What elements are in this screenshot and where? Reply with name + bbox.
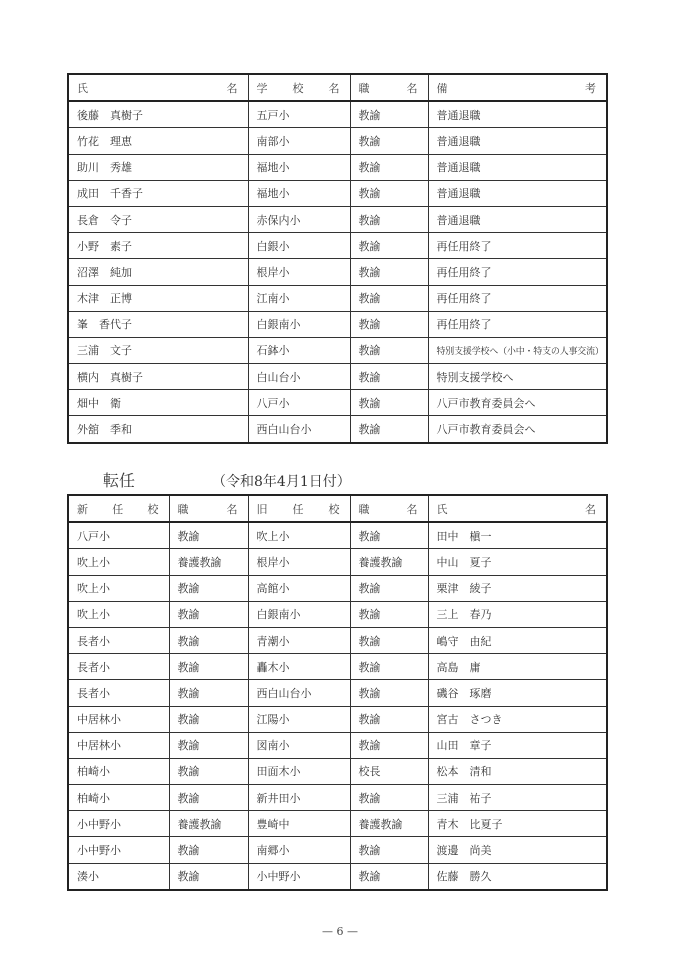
table-cell: 八戸小 (68, 522, 169, 549)
table-cell: 教諭 (350, 785, 428, 811)
table-cell: 教諭 (350, 311, 428, 337)
table-cell: 轟木小 (248, 654, 350, 680)
table-row: 長者小教諭轟木小教諭高島 庸 (68, 654, 607, 680)
column-header: 備考 (428, 74, 607, 101)
table-cell: 山田 章子 (428, 732, 607, 758)
table-row: 竹花 理恵南部小教諭普通退職 (68, 128, 607, 154)
column-header: 氏名 (68, 74, 248, 101)
table-cell: 竹花 理恵 (68, 128, 248, 154)
table-cell: 普通退職 (428, 180, 607, 206)
table-cell: 南部小 (248, 128, 350, 154)
table-row: 長者小教諭青潮小教諭嶋守 由紀 (68, 627, 607, 653)
table-cell: 中山 夏子 (428, 549, 607, 575)
table-cell: 教諭 (169, 654, 248, 680)
table-cell: 松本 清和 (428, 758, 607, 784)
table-cell: 再任用終了 (428, 233, 607, 259)
table-cell: 教諭 (169, 627, 248, 653)
table-header-row: 氏名学校名職名備考 (68, 74, 607, 101)
table-cell: 高館小 (248, 575, 350, 601)
table-cell: 三浦 祐子 (428, 785, 607, 811)
retirement-table: 氏名学校名職名備考 後藤 真樹子五戸小教諭普通退職竹花 理恵南部小教諭普通退職助… (67, 73, 608, 444)
table-cell: 教諭 (350, 706, 428, 732)
table-cell: 三上 春乃 (428, 601, 607, 627)
column-header-char: 名 (407, 80, 418, 96)
table-cell: 教諭 (350, 601, 428, 627)
column-header-char: 学 (257, 80, 268, 96)
column-header-char: 職 (178, 501, 189, 517)
section-date: （令和8年4月1日付） (212, 471, 351, 491)
table-cell: 根岸小 (248, 549, 350, 575)
table-cell: 後藤 真樹子 (68, 101, 248, 128)
table-cell: 畑中 衛 (68, 390, 248, 416)
table-cell: 沼澤 純加 (68, 259, 248, 285)
table-cell: 小中野小 (248, 863, 350, 890)
table-cell: 教諭 (350, 680, 428, 706)
table-cell: 中居林小 (68, 732, 169, 758)
table-cell: 教諭 (350, 654, 428, 680)
column-header-char: 名 (585, 501, 596, 517)
table-cell: 宮古 さつき (428, 706, 607, 732)
table-cell: 吹上小 (68, 575, 169, 601)
table-row: 吹上小教諭白銀南小教諭三上 春乃 (68, 601, 607, 627)
column-header-char: 名 (407, 501, 418, 517)
table-cell: 再任用終了 (428, 311, 607, 337)
table-cell: 小中野小 (68, 811, 169, 837)
table-cell: 養護教諭 (350, 811, 428, 837)
table-cell: 横内 真樹子 (68, 364, 248, 390)
table-row: 八戸小教諭吹上小教諭田中 槇一 (68, 522, 607, 549)
table-cell: 教諭 (169, 863, 248, 890)
column-header: 職名 (350, 74, 428, 101)
table-cell: 図南小 (248, 732, 350, 758)
table-cell: 西白山台小 (248, 416, 350, 443)
table-cell: 豊崎中 (248, 811, 350, 837)
table-cell: 渡邊 尚美 (428, 837, 607, 863)
table-cell: 教諭 (169, 706, 248, 732)
table-cell: 教諭 (169, 522, 248, 549)
table-cell: 江陽小 (248, 706, 350, 732)
column-header-char: 名 (227, 80, 238, 96)
table-cell: 教諭 (169, 575, 248, 601)
table-cell: 吹上小 (68, 549, 169, 575)
table-cell: 峯 香代子 (68, 311, 248, 337)
table-cell: 教諭 (169, 732, 248, 758)
table-cell: 教諭 (169, 785, 248, 811)
table-cell: 西白山台小 (248, 680, 350, 706)
table-cell: 田中 槇一 (428, 522, 607, 549)
column-header: 職名 (350, 495, 428, 522)
table-cell: 教諭 (350, 732, 428, 758)
table-cell: 柏崎小 (68, 758, 169, 784)
table-cell: 嶋守 由紀 (428, 627, 607, 653)
column-header-char: 校 (148, 501, 159, 517)
table-cell: 田面木小 (248, 758, 350, 784)
table-cell: 教諭 (350, 522, 428, 549)
table-cell: 磯谷 琢磨 (428, 680, 607, 706)
table-header-row: 新任校職名旧任校職名氏名 (68, 495, 607, 522)
column-header-char: 備 (437, 80, 448, 96)
column-header-char: 職 (359, 80, 370, 96)
table-cell: 石鉢小 (248, 337, 350, 363)
section-title: 転任 (103, 468, 135, 491)
table-cell: 教諭 (350, 154, 428, 180)
table-row: 外舘 季和西白山台小教諭八戸市教育委員会へ (68, 416, 607, 443)
table-cell: 吹上小 (248, 522, 350, 549)
column-header-char: 氏 (77, 80, 88, 96)
table-cell: 助川 秀雄 (68, 154, 248, 180)
table-cell: 小中野小 (68, 837, 169, 863)
table-cell: 普通退職 (428, 206, 607, 232)
table-row: 小中野小教諭南郷小教諭渡邊 尚美 (68, 837, 607, 863)
table-cell: 教諭 (169, 680, 248, 706)
table-cell: 教諭 (350, 337, 428, 363)
table-cell: 教諭 (350, 206, 428, 232)
column-header-char: 旧 (257, 501, 268, 517)
table-row: 木津 正博江南小教諭再任用終了 (68, 285, 607, 311)
transfer-table-body: 八戸小教諭吹上小教諭田中 槇一吹上小養護教諭根岸小養護教諭中山 夏子吹上小教諭高… (68, 522, 607, 890)
table-cell: 成田 千香子 (68, 180, 248, 206)
table-cell: 養護教諭 (169, 811, 248, 837)
column-header-char: 任 (112, 501, 123, 517)
table-cell: 普通退職 (428, 101, 607, 128)
column-header-char: 新 (77, 501, 88, 517)
table-cell: 南郷小 (248, 837, 350, 863)
table-cell: 長者小 (68, 654, 169, 680)
table-cell: 教諭 (169, 837, 248, 863)
table-cell: 教諭 (350, 259, 428, 285)
table-cell: 根岸小 (248, 259, 350, 285)
table-row: 柏崎小教諭新井田小教諭三浦 祐子 (68, 785, 607, 811)
table-row: 小中野小養護教諭豊崎中養護教諭青木 比夏子 (68, 811, 607, 837)
table-row: 沼澤 純加根岸小教諭再任用終了 (68, 259, 607, 285)
table-cell: 福地小 (248, 180, 350, 206)
column-header: 学校名 (248, 74, 350, 101)
table-cell: 教諭 (350, 233, 428, 259)
table-cell: 高島 庸 (428, 654, 607, 680)
table-cell: 三浦 文子 (68, 337, 248, 363)
table-cell: 湊小 (68, 863, 169, 890)
column-header: 新任校 (68, 495, 169, 522)
table-cell: 長者小 (68, 627, 169, 653)
table-cell: 八戸小 (248, 390, 350, 416)
column-header: 旧任校 (248, 495, 350, 522)
table-cell: 外舘 季和 (68, 416, 248, 443)
column-header-char: 名 (329, 80, 340, 96)
table-row: 後藤 真樹子五戸小教諭普通退職 (68, 101, 607, 128)
column-header-char: 名 (227, 501, 238, 517)
table-row: 中居林小教諭江陽小教諭宮古 さつき (68, 706, 607, 732)
column-header-char: 校 (329, 501, 340, 517)
table-cell: 教諭 (169, 758, 248, 784)
table-row: 横内 真樹子白山台小教諭特別支援学校へ (68, 364, 607, 390)
table-cell: 長者小 (68, 680, 169, 706)
table-cell: 教諭 (350, 863, 428, 890)
column-header-char: 氏 (437, 501, 448, 517)
page-number: — 6 — (0, 925, 680, 938)
table-cell: 五戸小 (248, 101, 350, 128)
table-row: 助川 秀雄福地小教諭普通退職 (68, 154, 607, 180)
column-header-char: 考 (585, 80, 596, 96)
table-cell: 普通退職 (428, 128, 607, 154)
table-row: 柏崎小教諭田面木小校長松本 清和 (68, 758, 607, 784)
table-cell: 青木 比夏子 (428, 811, 607, 837)
table-row: 吹上小養護教諭根岸小養護教諭中山 夏子 (68, 549, 607, 575)
table-row: 三浦 文子石鉢小教諭特別支援学校へ（小中・特支の人事交流） (68, 337, 607, 363)
table-cell: 教諭 (350, 390, 428, 416)
transfer-table: 新任校職名旧任校職名氏名 八戸小教諭吹上小教諭田中 槇一吹上小養護教諭根岸小養護… (67, 494, 608, 891)
table-cell: 養護教諭 (350, 549, 428, 575)
table-cell: 教諭 (350, 285, 428, 311)
table-cell: 吹上小 (68, 601, 169, 627)
table-cell: 教諭 (350, 575, 428, 601)
table-cell: 小野 素子 (68, 233, 248, 259)
table-row: 長倉 令子赤保内小教諭普通退職 (68, 206, 607, 232)
table-cell: 養護教諭 (169, 549, 248, 575)
table-cell: 白山台小 (248, 364, 350, 390)
table-row: 小野 素子白銀小教諭再任用終了 (68, 233, 607, 259)
table-cell: 教諭 (350, 627, 428, 653)
table-row: 吹上小教諭高館小教諭栗津 綾子 (68, 575, 607, 601)
table-cell: 再任用終了 (428, 259, 607, 285)
retirement-table-body: 後藤 真樹子五戸小教諭普通退職竹花 理恵南部小教諭普通退職助川 秀雄福地小教諭普… (68, 101, 607, 442)
column-header-char: 校 (293, 80, 304, 96)
column-header-char: 任 (293, 501, 304, 517)
table-cell: 八戸市教育委員会へ (428, 390, 607, 416)
table-cell: 白銀南小 (248, 601, 350, 627)
table-cell: 栗津 綾子 (428, 575, 607, 601)
table-cell: 教諭 (350, 101, 428, 128)
table-cell: 八戸市教育委員会へ (428, 416, 607, 443)
table-cell: 白銀小 (248, 233, 350, 259)
table-cell: 教諭 (350, 128, 428, 154)
table-cell: 中居林小 (68, 706, 169, 732)
table-row: 湊小教諭小中野小教諭佐藤 勝久 (68, 863, 607, 890)
table-cell: 特別支援学校へ（小中・特支の人事交流） (428, 337, 607, 363)
table-cell: 教諭 (350, 180, 428, 206)
table-cell: 白銀南小 (248, 311, 350, 337)
table-cell: 佐藤 勝久 (428, 863, 607, 890)
table-row: 中居林小教諭図南小教諭山田 章子 (68, 732, 607, 758)
table-cell: 教諭 (350, 364, 428, 390)
table-cell: 江南小 (248, 285, 350, 311)
table-cell: 教諭 (350, 416, 428, 443)
table-cell: 青潮小 (248, 627, 350, 653)
table-cell: 福地小 (248, 154, 350, 180)
table-cell: 木津 正博 (68, 285, 248, 311)
table-cell: 特別支援学校へ (428, 364, 607, 390)
table-row: 長者小教諭西白山台小教諭磯谷 琢磨 (68, 680, 607, 706)
table-row: 畑中 衛八戸小教諭八戸市教育委員会へ (68, 390, 607, 416)
table-row: 峯 香代子白銀南小教諭再任用終了 (68, 311, 607, 337)
table-cell: 再任用終了 (428, 285, 607, 311)
table-cell: 新井田小 (248, 785, 350, 811)
table-cell: 教諭 (169, 601, 248, 627)
table-cell: 柏崎小 (68, 785, 169, 811)
table-cell: 普通退職 (428, 154, 607, 180)
table-cell: 教諭 (350, 837, 428, 863)
column-header-char: 職 (359, 501, 370, 517)
table-cell: 校長 (350, 758, 428, 784)
table-cell: 長倉 令子 (68, 206, 248, 232)
table-cell: 赤保内小 (248, 206, 350, 232)
column-header: 氏名 (428, 495, 607, 522)
column-header: 職名 (169, 495, 248, 522)
table-row: 成田 千香子福地小教諭普通退職 (68, 180, 607, 206)
